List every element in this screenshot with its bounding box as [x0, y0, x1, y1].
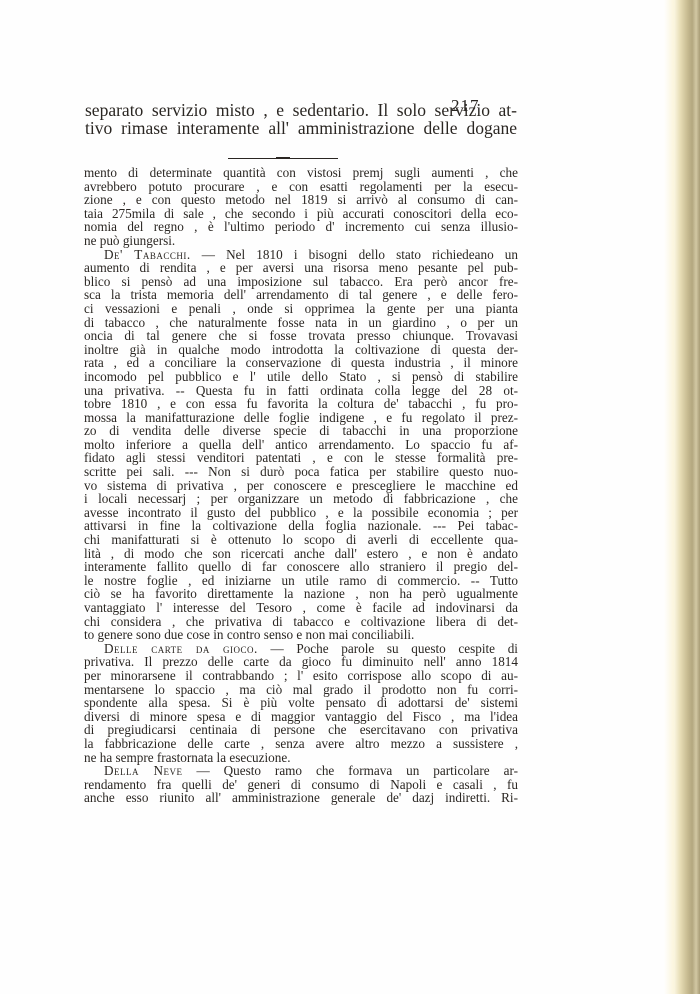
section-heading-line: Della Neve — Questo ramo che formava un …	[84, 764, 518, 778]
text-line: taia 275mila di sale , che secondo i più…	[84, 207, 518, 221]
text-line: mossa la manifatturazione delle foglie i…	[84, 411, 518, 425]
text-line: anche esso riunito all' amministrazione …	[84, 791, 518, 805]
text-line: zo di vendita delle diverse specie di ta…	[84, 424, 518, 438]
text-line: di pregiudicarsi centinaia di persone ch…	[84, 723, 518, 737]
text-line: una privativa. -- Questa fu in fatti ord…	[84, 384, 518, 398]
text-line: separato servizio misto , e sedentario. …	[85, 101, 517, 119]
text-line: chi considera , che privativa di tabacco…	[84, 615, 518, 629]
text-line: la fabbricazione delle carte , senza ave…	[84, 737, 518, 751]
text-line: diversi di minore spesa e di maggior van…	[84, 710, 518, 724]
text-line: i locali necessarj ; per organizzare un …	[84, 492, 518, 506]
text-line: mento di determinate quantità con vistos…	[84, 166, 518, 180]
text-line: privativa. Il prezzo delle carte da gioc…	[84, 655, 518, 669]
text-line: per minorarsene il contrabbando ; l' esi…	[84, 669, 518, 683]
line-text: anche esso riunito all' amministrazione …	[84, 790, 518, 805]
text-line: fidato agli stessi venditori patentati ,…	[84, 451, 518, 465]
text-line: oncia di tal genere che si fosse trovata…	[84, 329, 518, 343]
book-binding-edge	[674, 0, 700, 994]
text-line: chi manifatturati si è ottenuto lo scopo…	[84, 533, 518, 547]
continued-paragraph-top: separato servizio misto , e sedentario. …	[85, 101, 517, 137]
text-line: avesse incontrato il gusto del pubblico …	[84, 506, 518, 520]
text-line: blico si pensò ad una imposizione sul ta…	[84, 275, 518, 289]
text-line: vantaggiato l' interesse del Tesoro , co…	[84, 601, 518, 615]
text-line: tobre 1810 , e con essa fu favorita la c…	[84, 397, 518, 411]
text-line: tivo rimase interamente all' amministraz…	[85, 119, 517, 137]
book-page: 217 separato servizio misto , e sedentar…	[0, 0, 700, 994]
text-line: di tabacco , che naturalmente fosse nata…	[84, 316, 518, 330]
text-line: rendamento fra quelli de' generi di cons…	[84, 778, 518, 792]
section-heading-line: Delle carte da gioco. — Poche parole su …	[84, 642, 518, 656]
text-line: sca la trista memoria dell' arrendamento…	[84, 288, 518, 302]
text-line: molto inferiore a quella dell' antico ar…	[84, 438, 518, 452]
text-line: ci vessazioni e penali , onde si opprime…	[84, 302, 518, 316]
text-line: aumento di rendita , e per aversi una ri…	[84, 261, 518, 275]
text-line: scritte pei sali. --- Non si durò poca f…	[84, 465, 518, 479]
text-line: zione , e con questo metodo nel 1819 si …	[84, 193, 518, 207]
text-line: ne può giungersi.	[84, 234, 518, 248]
text-line: interamente fallito quello di far conosc…	[84, 560, 518, 574]
text-line: lità , di modo che son ricercati anche d…	[84, 547, 518, 561]
text-line: le nostre foglie , ed iniziarne un utile…	[84, 574, 518, 588]
ornamental-separator	[228, 158, 338, 159]
body-text: mento di determinate quantità con vistos…	[84, 166, 518, 805]
text-line: inoltre già in qualche modo introdotta l…	[84, 343, 518, 357]
text-line: nomia del regno , è l'ultimo periodo d' …	[84, 220, 518, 234]
text-line: ne ha sempre frastornata la esecuzione.	[84, 751, 518, 765]
text-line: vo sistema di privativa , per conoscere …	[84, 479, 518, 493]
text-line: spondente alla spesa. Si è più volte pen…	[84, 696, 518, 710]
text-line: avrebbero potuto procurare , e con esatt…	[84, 180, 518, 194]
text-line: mentarsene lo spaccio , ma ciò mal grado…	[84, 683, 518, 697]
text-line: ciò se ha favorito direttamente la nazio…	[84, 587, 518, 601]
text-line: attivarsi in fine la coltivazione della …	[84, 519, 518, 533]
section-heading-line: De' Tabacchi. — Nel 1810 i bisogni dello…	[84, 248, 518, 262]
text-line: incomodo pel pubblico e l' utile dello S…	[84, 370, 518, 384]
text-line: rata , ed a conciliare la conservazione …	[84, 356, 518, 370]
text-line: to genere sono due cose in contro senso …	[84, 628, 518, 642]
